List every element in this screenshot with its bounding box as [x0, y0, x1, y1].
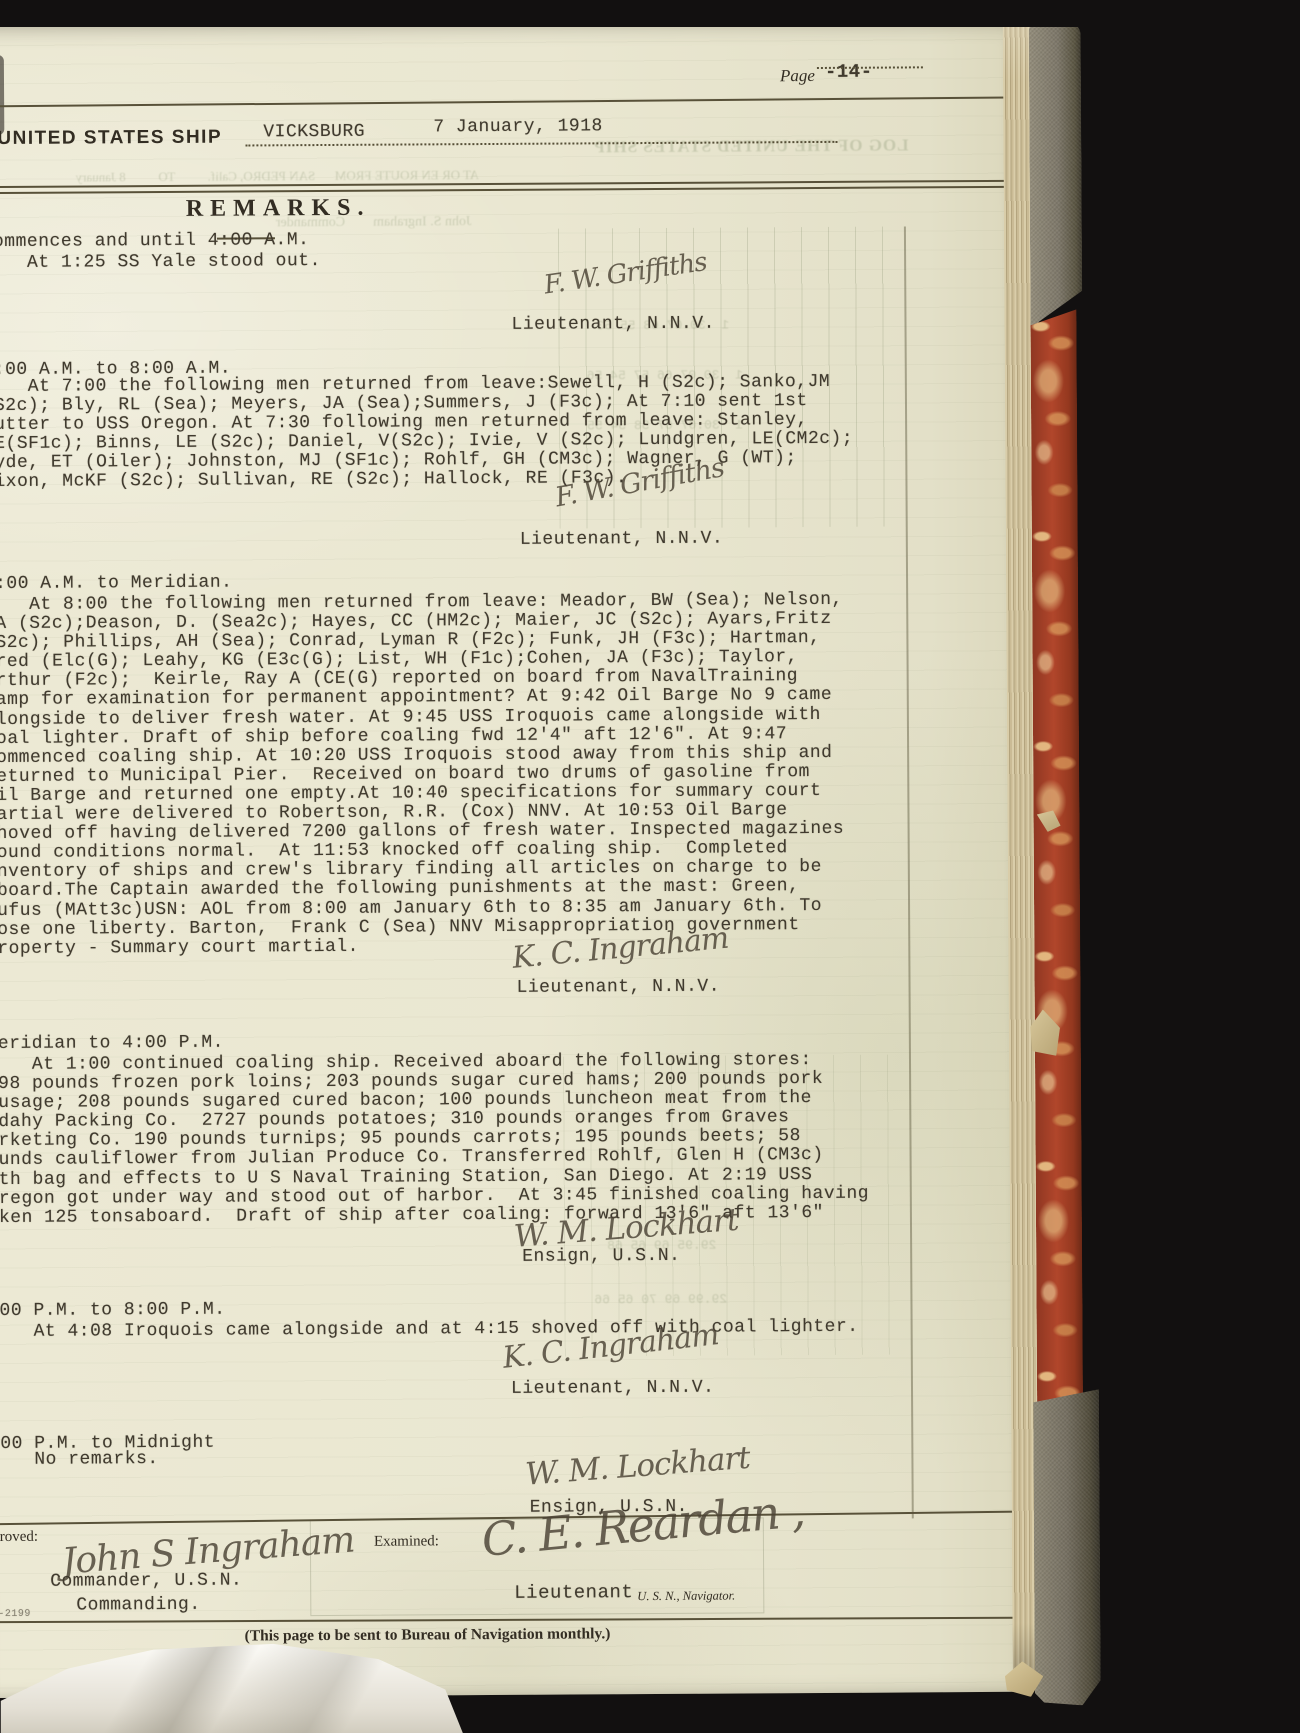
navigator-title: U. S. N., Navigator. [637, 1589, 735, 1605]
entry-body: At 1:25 SS Yale stood out. [0, 252, 321, 273]
remarks-heading: REMARKS. [186, 195, 371, 223]
book-binding-cloth-bottom [1033, 1389, 1101, 1705]
signature-rank: Lieutenant, N.N.V. [520, 529, 724, 550]
form-number: -2199 [0, 1609, 31, 1620]
examined-label: Examined: [374, 1533, 439, 1550]
entry-body: At 1:00 continued coaling ship. Received… [0, 1051, 869, 1228]
signature-rank: Lieutenant, N.N.V. [511, 314, 715, 335]
entry-body: At 8:00 the following men returned from … [0, 591, 845, 959]
signature-rank: Lieutenant, N.N.V. [516, 977, 720, 998]
entry-body: At 7:00 the following men returned from … [0, 373, 853, 493]
entry-heading: eridian to 4:00 P.M. [0, 1033, 224, 1054]
bleed-through-text: LOG OF THE UNITED STATES SHIP [593, 135, 908, 157]
navigator-rank: Lieutenant [514, 1581, 633, 1604]
entry-heading: ommences and until 4:00 A.M. [0, 230, 309, 252]
book-binding-cloth-top [1029, 21, 1083, 327]
logbook: LOG OF THE UNITED STATES SHIP AT OR EN R… [0, 0, 1300, 1733]
entry-body: No remarks. [0, 1450, 158, 1470]
scanned-logbook-photo: LOG OF THE UNITED STATES SHIP AT OR EN R… [0, 0, 1300, 1733]
bureau-note: (This page to be sent to Bureau of Navig… [182, 1625, 672, 1646]
ship-name-label: UNITED STATES SHIP [0, 127, 222, 150]
entry-heading: :00 A.M. to Meridian. [0, 573, 232, 594]
log-line: No remarks. [0, 1450, 158, 1470]
page-number-label: Page [780, 66, 815, 86]
commander-title: Commanding. [76, 1595, 200, 1616]
signature-rank: Ensign, U.S.N. [522, 1246, 680, 1267]
page-number: -14- [825, 61, 873, 83]
entry-heading: 00 P.M. to 8:00 P.M. [0, 1300, 226, 1321]
ship-name: VICKSBURG [263, 122, 365, 143]
scan-smudge [0, 55, 4, 135]
signature-rank: Lieutenant, N.N.V. [511, 1378, 715, 1399]
commander-rank: Commander, U.S.N. [50, 1571, 242, 1592]
approved-label: Approved: [0, 1529, 38, 1546]
log-line: At 1:25 SS Yale stood out. [0, 252, 321, 273]
book-binding-marble [1030, 309, 1083, 1433]
log-date: 7 January, 1918 [433, 116, 603, 137]
background [0, 0, 1300, 27]
